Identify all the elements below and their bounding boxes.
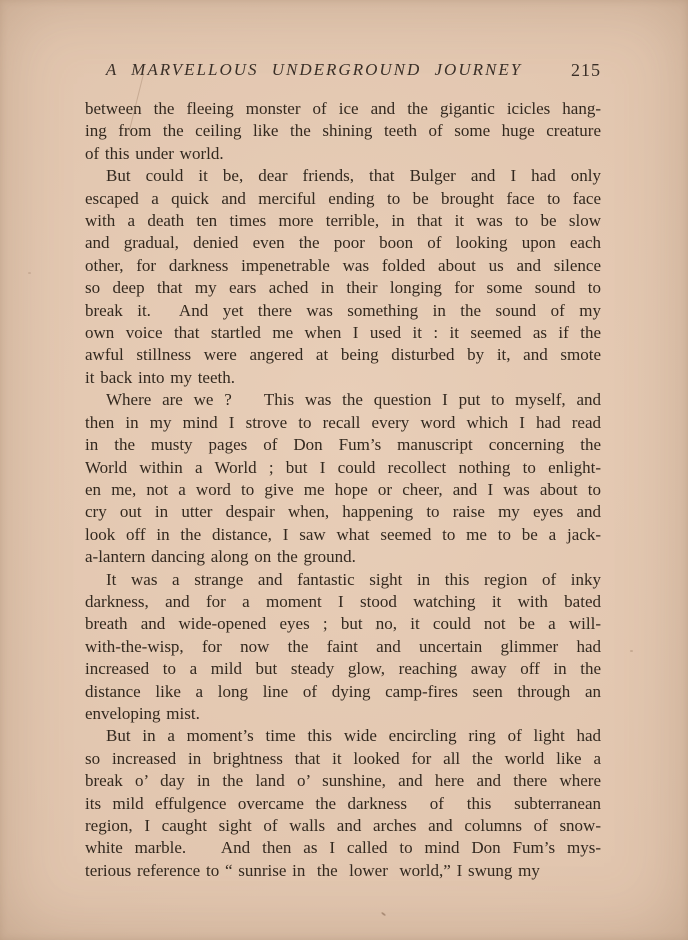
text-line: a-lantern dancing along on the ground. <box>85 546 601 568</box>
paragraph: But in a moment’s time this wide encircl… <box>85 725 601 882</box>
text-line: it back into my teeth. <box>85 367 601 389</box>
paragraph: Where are we ? This was the question I p… <box>85 389 601 568</box>
text-line: Where are we ? This was the question I p… <box>85 389 601 411</box>
book-page: A MARVELLOUS UNDERGROUND JOURNEY 215 bet… <box>0 0 688 940</box>
text-line: then in my mind I strove to recall every… <box>85 412 601 434</box>
text-line: so deep that my ears ached in their long… <box>85 277 601 299</box>
text-line: break o’ day in the land o’ sunshine, an… <box>85 770 601 792</box>
text-line: en me, not a word to give me hope or che… <box>85 479 601 501</box>
paragraph: It was a strange and fantastic sight in … <box>85 569 601 726</box>
text-line: enveloping mist. <box>85 703 601 725</box>
text-line: other, for darkness impenetrable was fol… <box>85 255 601 277</box>
text-line: terious reference to “ sunrise in the lo… <box>85 860 601 882</box>
text-line: World within a World ; but I could recol… <box>85 457 601 479</box>
text-line: between the fleeing monster of ice and t… <box>85 98 601 120</box>
text-line: white marble. And then as I called to mi… <box>85 837 601 859</box>
text-line: region, I caught sight of walls and arch… <box>85 815 601 837</box>
paragraph: between the fleeing monster of ice and t… <box>85 98 601 165</box>
text-line: escaped a quick and merciful ending to b… <box>85 188 601 210</box>
paper-speck <box>28 272 31 274</box>
page-number: 215 <box>571 60 601 81</box>
text-line: in the musty pages of Don Fum’s manuscri… <box>85 434 601 456</box>
paper-speck <box>630 650 633 652</box>
text-line: It was a strange and fantastic sight in … <box>85 569 601 591</box>
paper-speck <box>381 912 386 917</box>
text-line: its mild effulgence overcame the darknes… <box>85 793 601 815</box>
text-line: awful stillness were angered at being di… <box>85 344 601 366</box>
text-line: cry out in utter despair when, happening… <box>85 501 601 523</box>
text-line: breath and wide-opened eyes ; but no, it… <box>85 613 601 635</box>
text-line: But in a moment’s time this wide encircl… <box>85 725 601 747</box>
text-line: so increased in brightness that it looke… <box>85 748 601 770</box>
text-line: with a death ten times more terrible, in… <box>85 210 601 232</box>
chapter-running-title: A MARVELLOUS UNDERGROUND JOURNEY <box>85 60 543 80</box>
text-line: and gradual, denied even the poor boon o… <box>85 232 601 254</box>
text-line: break it. And yet there was something in… <box>85 300 601 322</box>
text-line: look off in the distance, I saw what see… <box>85 524 601 546</box>
text-line: darkness, and for a moment I stood watch… <box>85 591 601 613</box>
paper-speck <box>375 627 378 630</box>
text-line: ing from the ceiling like the shining te… <box>85 120 601 142</box>
text-line: with-the-wisp, for now the faint and unc… <box>85 636 601 658</box>
text-line: increased to a mild but steady glow, rea… <box>85 658 601 680</box>
text-line: own voice that startled me when I used i… <box>85 322 601 344</box>
text-line: distance like a long line of dying camp-… <box>85 681 601 703</box>
running-header: A MARVELLOUS UNDERGROUND JOURNEY 215 <box>85 60 601 84</box>
text-block: between the fleeing monster of ice and t… <box>85 98 601 882</box>
text-line: of this under world. <box>85 143 601 165</box>
text-line: But could it be, dear friends, that Bulg… <box>85 165 601 187</box>
paragraph: But could it be, dear friends, that Bulg… <box>85 165 601 389</box>
